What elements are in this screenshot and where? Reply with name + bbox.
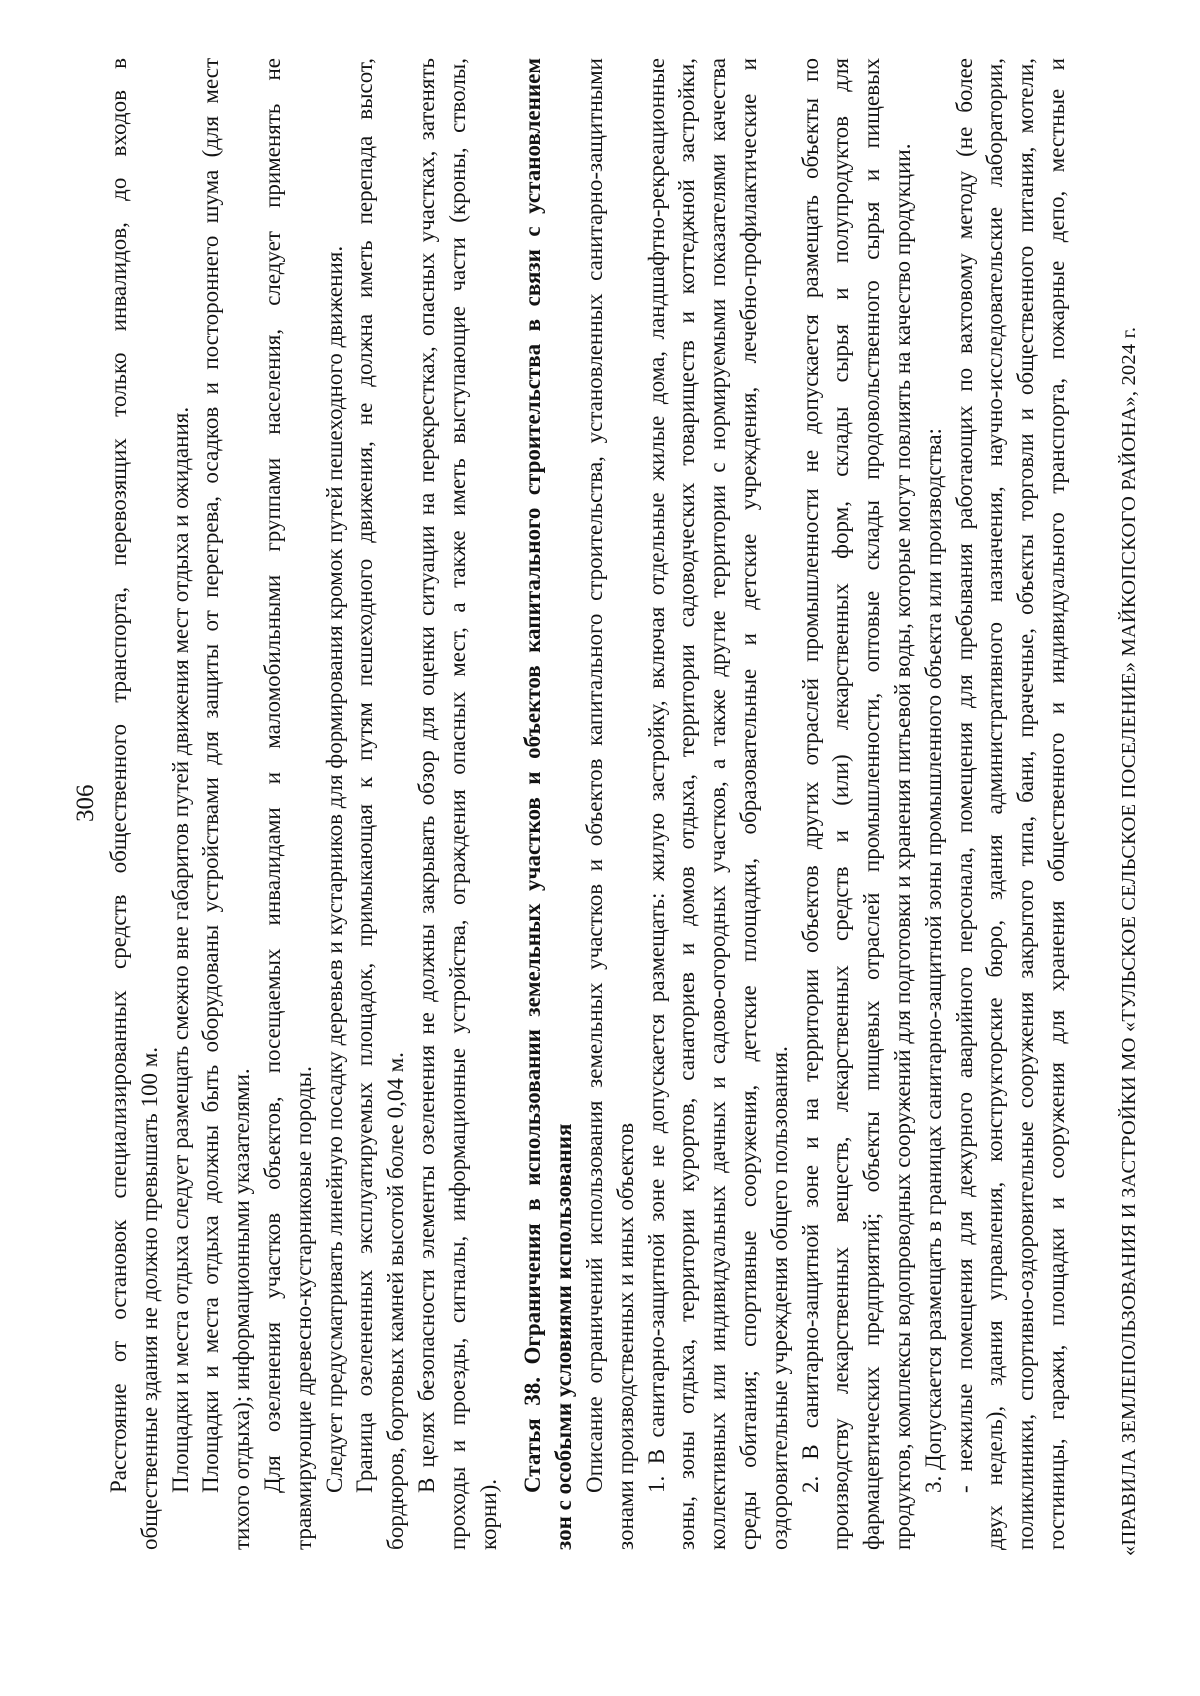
text-line: Площадки и места отдыха следует размещат… (166, 58, 197, 1550)
text-line: травмирующие древесно-кустарниковые поро… (289, 58, 320, 1550)
text-line: фармацевтических предприятий; объекты пи… (857, 58, 888, 1550)
document-page: 306 Расстояние от остановок специализиро… (0, 0, 1200, 1696)
text-line: 3. Допускается размещать в границах сани… (919, 58, 950, 1550)
text-line: Для озеленения участков объектов, посеща… (258, 58, 289, 1550)
text-line: зонами производственных и иных объектов (611, 58, 642, 1550)
text-line: двух недель), здания управления, констру… (980, 58, 1011, 1550)
page-number: 306 (72, 785, 100, 823)
text-line: 1. В санитарно-защитной зоне не допускае… (642, 58, 673, 1550)
text-line: общественные здания не должно превышать … (135, 58, 166, 1550)
text-line: среды обитания; спортивные сооружения, д… (734, 58, 765, 1550)
text-line: Описание ограничений использования земел… (580, 58, 611, 1550)
text-line: Расстояние от остановок специализированн… (104, 58, 135, 1550)
paragraph: Площадки и места отдыха следует размещат… (166, 58, 197, 1550)
text-line: зон с особыми условиями использования (549, 58, 580, 1550)
page-footer: «ПРАВИЛА ЗЕМЛЕПОЛЬЗОВАНИЯ И ЗАСТРОЙКИ МО… (1116, 327, 1142, 1556)
text-line: проходы и проезды, сигналы, информационн… (443, 58, 474, 1550)
paragraph: Для озеленения участков объектов, посеща… (258, 58, 320, 1550)
text-line: бордюров, бортовых камней высотой более … (381, 58, 412, 1550)
text-line: гостиницы, гаражи, площадки и сооружения… (1042, 58, 1073, 1550)
text-line: корни). (474, 58, 505, 1550)
paragraph: Площадки и места отдыха должны быть обор… (196, 58, 258, 1550)
paragraph: 2. В санитарно-защитной зоне и на террит… (796, 58, 919, 1550)
text-line: Площадки и места отдыха должны быть обор… (196, 58, 227, 1550)
text-line: 2. В санитарно-защитной зоне и на террит… (796, 58, 827, 1550)
paragraph: Расстояние от остановок специализированн… (104, 58, 166, 1550)
paragraph: 3. Допускается размещать в границах сани… (919, 58, 950, 1550)
text-line: зоны, зоны отдыха, территории курортов, … (672, 58, 703, 1550)
text-line: Статья 38. Ограничения в использовании з… (518, 58, 549, 1550)
text-line: поликлиники, спортивно-оздоровительные с… (1011, 58, 1042, 1550)
text-line: тихого отдыха); информационными указател… (227, 58, 258, 1550)
text-line: производству лекарственных веществ, лека… (826, 58, 857, 1550)
text-line: Граница озелененных эксплуатируемых площ… (350, 58, 381, 1550)
page-body: Расстояние от остановок специализированн… (104, 58, 1073, 1550)
text-line: Следует предусматривать линейную посадку… (320, 58, 351, 1550)
text-line: - нежилые помещения для дежурного аварий… (950, 58, 981, 1550)
paragraph: Описание ограничений использования земел… (580, 58, 642, 1550)
paragraph: 1. В санитарно-защитной зоне не допускае… (642, 58, 796, 1550)
article-heading: Статья 38. Ограничения в использовании з… (518, 58, 580, 1550)
text-line: оздоровительные учреждения общего пользо… (765, 58, 796, 1550)
paragraph: Следует предусматривать линейную посадку… (320, 58, 351, 1550)
rotated-page-sheet: 306 Расстояние от остановок специализиро… (0, 0, 1200, 1696)
text-line: продуктов, комплексы водопроводных соору… (888, 58, 919, 1550)
paragraph: - нежилые помещения для дежурного аварий… (950, 58, 1073, 1550)
text-line: В целях безопасности элементы озеленения… (412, 58, 443, 1550)
paragraph: В целях безопасности элементы озеленения… (412, 58, 504, 1550)
paragraph: Граница озелененных эксплуатируемых площ… (350, 58, 412, 1550)
text-line: коллективных или индивидуальных дачных и… (703, 58, 734, 1550)
